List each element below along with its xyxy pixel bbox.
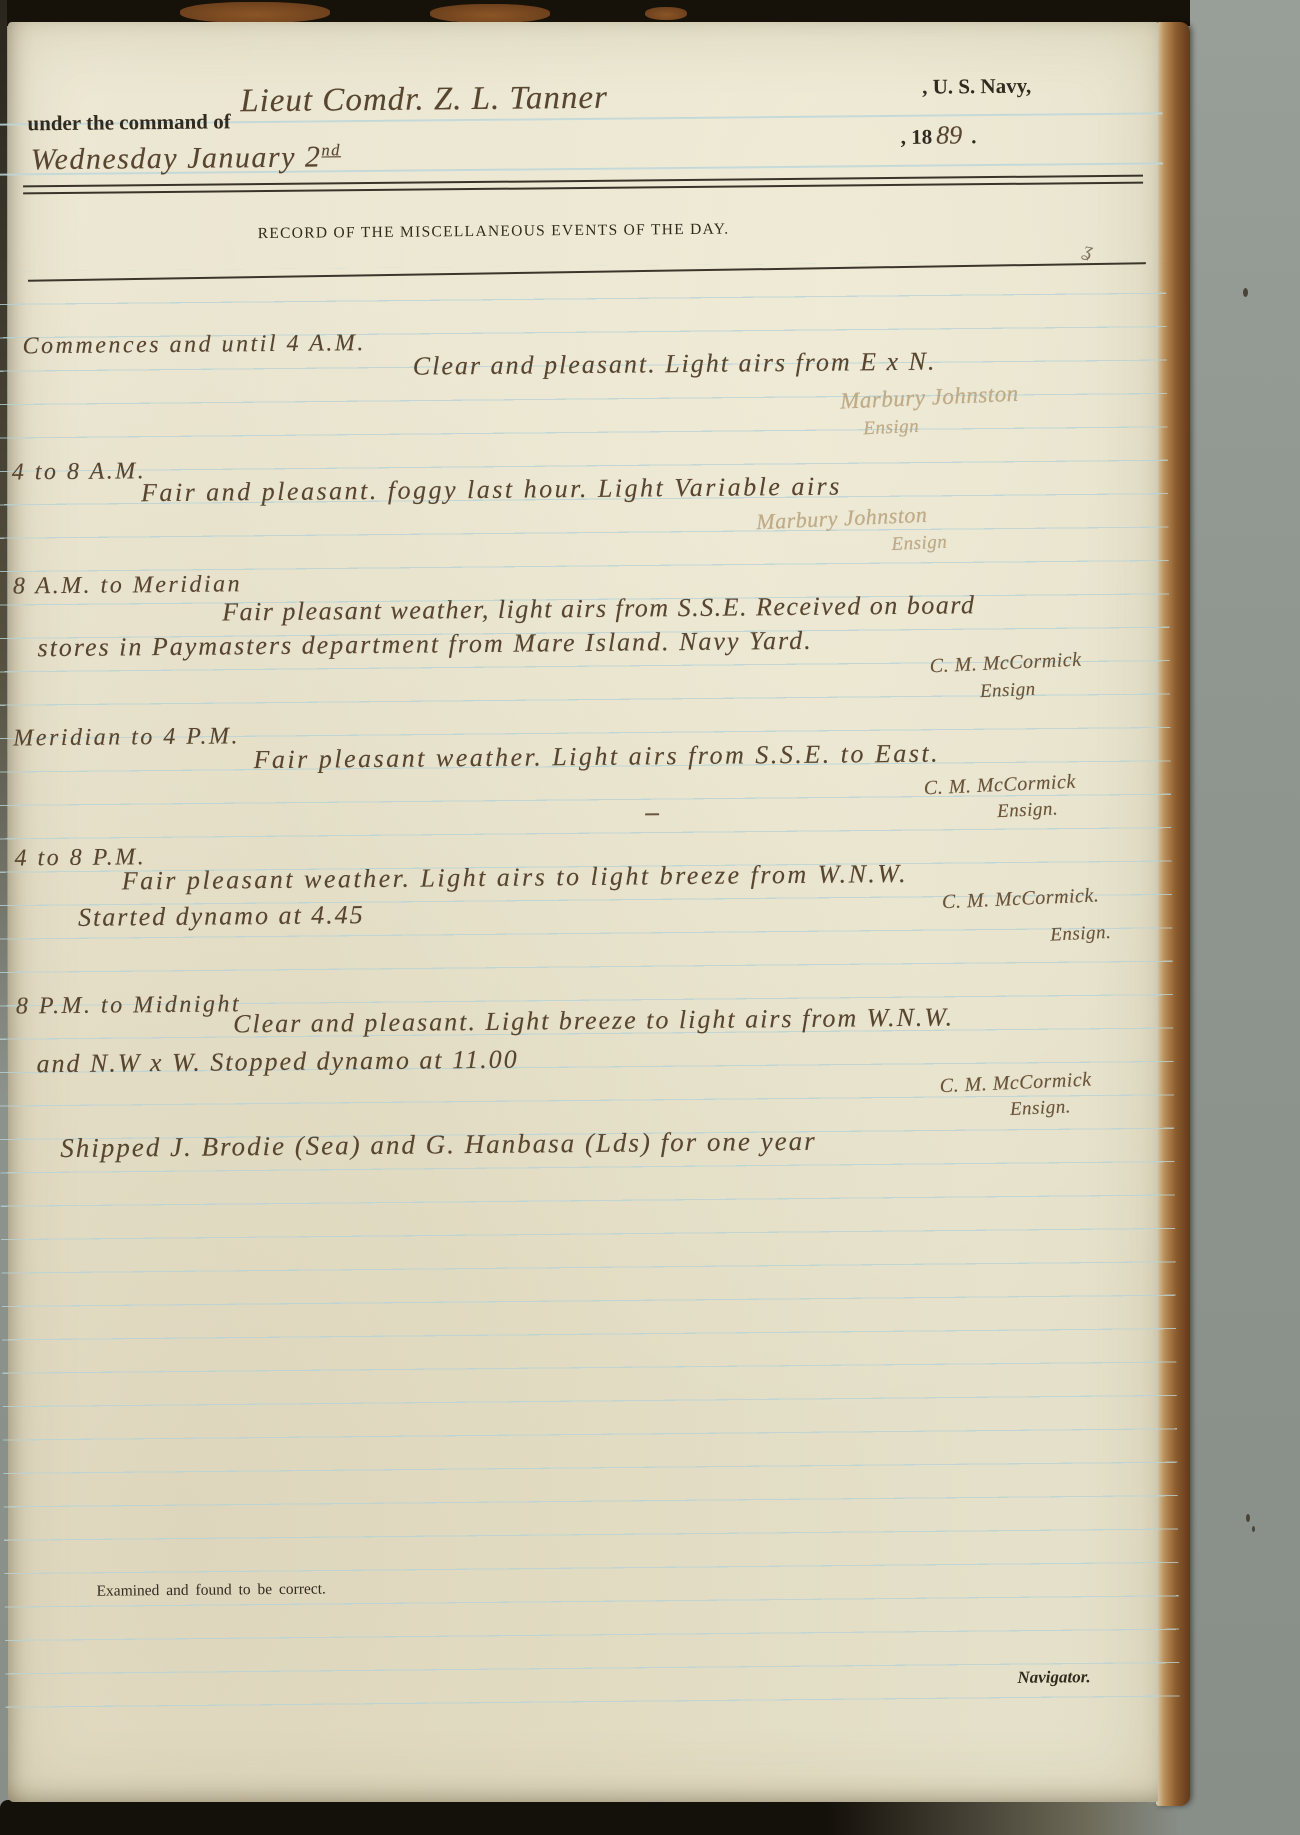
logbook-page: under the command of Lieut Comdr. Z. L. … bbox=[8, 22, 1158, 1802]
navigator-label: Navigator. bbox=[1017, 1667, 1090, 1688]
watch-label: 4 to 8 A.M. bbox=[12, 458, 147, 486]
year-line: , 18 89 . bbox=[900, 120, 976, 151]
watch-label: Meridian to 4 P.M. bbox=[13, 723, 240, 752]
scan-speck bbox=[1252, 1526, 1255, 1532]
scan-speck bbox=[1246, 1514, 1250, 1522]
date-text: Wednesday January 2 bbox=[31, 140, 322, 176]
date-handwritten: Wednesday January 2nd bbox=[31, 140, 341, 177]
signature-rank: Ensign. bbox=[1050, 922, 1112, 947]
entry-text: Clear and pleasant. Light airs from E x … bbox=[413, 347, 937, 382]
entry-text: Started dynamo at 4.45 bbox=[78, 900, 365, 933]
section-title: RECORD OF THE MISCELLANEOUS EVENTS OF TH… bbox=[253, 221, 733, 244]
page-content: under the command of Lieut Comdr. Z. L. … bbox=[2, 17, 1169, 1808]
signature-rank: Ensign. bbox=[997, 798, 1059, 823]
signature-rank: Ensign bbox=[863, 416, 920, 440]
header-double-rule bbox=[23, 175, 1143, 195]
stray-pen-mark bbox=[645, 813, 659, 815]
signature-rank: Ensign bbox=[891, 532, 948, 556]
examined-label: Examined and found to be correct. bbox=[96, 1581, 326, 1601]
watch-label: 8 P.M. to Midnight bbox=[16, 991, 241, 1020]
leather-patch bbox=[180, 2, 330, 23]
signature-rank: Ensign. bbox=[1009, 1096, 1071, 1121]
leather-patch bbox=[430, 4, 550, 23]
scan-speck bbox=[1243, 288, 1248, 297]
signature-rank: Ensign bbox=[979, 679, 1036, 703]
date-ordinal: nd bbox=[321, 140, 341, 159]
ink-mark: ʓ bbox=[1082, 238, 1095, 262]
navy-label: , U. S. Navy, bbox=[922, 74, 1031, 100]
entry-text: and N.W x W. Stopped dynamo at 11.00 bbox=[36, 1045, 518, 1080]
year-handwritten: 89 bbox=[936, 120, 962, 149]
watch-label: 8 A.M. to Meridian bbox=[13, 571, 242, 600]
year-printed-suffix: . bbox=[971, 124, 976, 148]
year-printed-prefix: , 18 bbox=[901, 125, 933, 149]
commander-name-handwritten: Lieut Comdr. Z. L. Tanner bbox=[240, 80, 608, 121]
leather-patch bbox=[645, 7, 687, 20]
watch-label: Commences and until 4 A.M. bbox=[22, 330, 365, 360]
command-prefix-label: under the command of bbox=[27, 109, 230, 136]
